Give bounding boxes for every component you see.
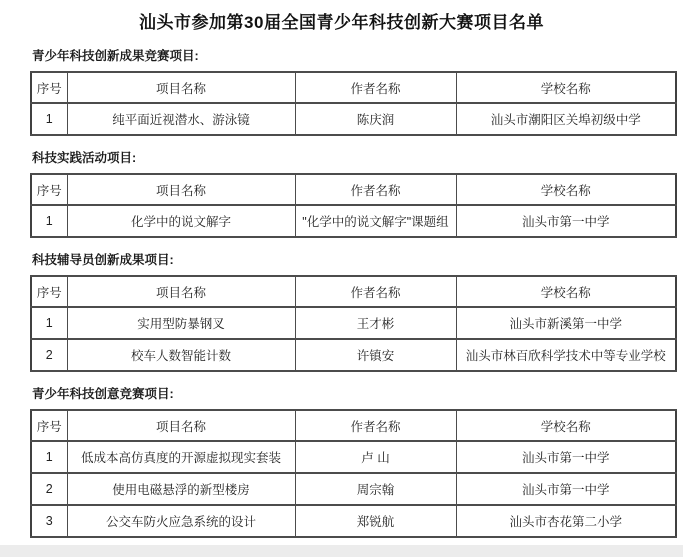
cell-no: 2 <box>31 473 67 505</box>
cell-school: 汕头市杏花第二小学 <box>456 505 676 537</box>
table-row: 3 公交车防火应急系统的设计 郑锐航 汕头市杏花第二小学 <box>31 505 676 537</box>
project-table: 序号 项目名称 作者名称 学校名称 1 纯平面近视潜水、游泳镜 陈庆润 汕头市潮… <box>30 71 677 136</box>
project-section: 青少年科技创新成果竞赛项目: 序号 项目名称 作者名称 学校名称 1 纯平面近视… <box>30 48 675 136</box>
column-header-school: 学校名称 <box>456 174 676 205</box>
cell-project: 使用电磁悬浮的新型楼房 <box>67 473 295 505</box>
cell-author: "化学中的说文解字"课题组 <box>295 205 456 237</box>
cell-project: 纯平面近视潜水、游泳镜 <box>67 103 295 135</box>
cell-author: 卢 山 <box>295 441 456 473</box>
column-header-school: 学校名称 <box>456 410 676 441</box>
table-row: 2 使用电磁悬浮的新型楼房 周宗翰 汕头市第一中学 <box>31 473 676 505</box>
column-header-project: 项目名称 <box>67 72 295 103</box>
cell-project: 化学中的说文解字 <box>67 205 295 237</box>
column-header-project: 项目名称 <box>67 410 295 441</box>
cell-author: 王才彬 <box>295 307 456 339</box>
column-header-project: 项目名称 <box>67 174 295 205</box>
cell-author: 许镇安 <box>295 339 456 371</box>
cell-project: 校车人数智能计数 <box>67 339 295 371</box>
cell-school: 汕头市新溪第一中学 <box>456 307 676 339</box>
column-header-no: 序号 <box>31 174 67 205</box>
cell-no: 1 <box>31 441 67 473</box>
cell-school: 汕头市第一中学 <box>456 205 676 237</box>
section-heading: 青少年科技创意竞赛项目: <box>32 386 675 402</box>
cell-author: 陈庆润 <box>295 103 456 135</box>
column-header-author: 作者名称 <box>295 410 456 441</box>
column-header-author: 作者名称 <box>295 174 456 205</box>
column-header-school: 学校名称 <box>456 276 676 307</box>
column-header-author: 作者名称 <box>295 276 456 307</box>
page-title: 汕头市参加第30届全国青少年科技创新大赛项目名单 <box>0 12 683 34</box>
project-table: 序号 项目名称 作者名称 学校名称 1 化学中的说文解字 "化学中的说文解字"课… <box>30 173 677 238</box>
section-heading: 青少年科技创新成果竞赛项目: <box>32 48 675 64</box>
column-header-project: 项目名称 <box>67 276 295 307</box>
table-row: 1 化学中的说文解字 "化学中的说文解字"课题组 汕头市第一中学 <box>31 205 676 237</box>
cell-no: 1 <box>31 307 67 339</box>
column-header-author: 作者名称 <box>295 72 456 103</box>
table-header-row: 序号 项目名称 作者名称 学校名称 <box>31 276 676 307</box>
table-row: 1 实用型防暴钢叉 王才彬 汕头市新溪第一中学 <box>31 307 676 339</box>
cell-project: 公交车防火应急系统的设计 <box>67 505 295 537</box>
project-section: 青少年科技创意竞赛项目: 序号 项目名称 作者名称 学校名称 1 低成本高仿真度… <box>30 386 675 538</box>
section-heading: 科技辅导员创新成果项目: <box>32 252 675 268</box>
cell-no: 2 <box>31 339 67 371</box>
cell-project: 低成本高仿真度的开源虚拟现实套装 <box>67 441 295 473</box>
section-heading: 科技实践活动项目: <box>32 150 675 166</box>
column-header-no: 序号 <box>31 276 67 307</box>
cell-school: 汕头市第一中学 <box>456 473 676 505</box>
column-header-no: 序号 <box>31 410 67 441</box>
table-row: 1 纯平面近视潜水、游泳镜 陈庆润 汕头市潮阳区关埠初级中学 <box>31 103 676 135</box>
cell-school: 汕头市林百欣科学技术中等专业学校 <box>456 339 676 371</box>
column-header-school: 学校名称 <box>456 72 676 103</box>
table-header-row: 序号 项目名称 作者名称 学校名称 <box>31 174 676 205</box>
table-header-row: 序号 项目名称 作者名称 学校名称 <box>31 410 676 441</box>
column-header-no: 序号 <box>31 72 67 103</box>
cell-no: 3 <box>31 505 67 537</box>
table-header-row: 序号 项目名称 作者名称 学校名称 <box>31 72 676 103</box>
cell-author: 郑锐航 <box>295 505 456 537</box>
cell-author: 周宗翰 <box>295 473 456 505</box>
cell-project: 实用型防暴钢叉 <box>67 307 295 339</box>
cell-school: 汕头市潮阳区关埠初级中学 <box>456 103 676 135</box>
project-section: 科技实践活动项目: 序号 项目名称 作者名称 学校名称 1 化学中的说文解字 "… <box>30 150 675 238</box>
project-table: 序号 项目名称 作者名称 学校名称 1 实用型防暴钢叉 王才彬 汕头市新溪第一中… <box>30 275 677 372</box>
project-table: 序号 项目名称 作者名称 学校名称 1 低成本高仿真度的开源虚拟现实套装 卢 山… <box>30 409 677 538</box>
table-row: 2 校车人数智能计数 许镇安 汕头市林百欣科学技术中等专业学校 <box>31 339 676 371</box>
table-row: 1 低成本高仿真度的开源虚拟现实套装 卢 山 汕头市第一中学 <box>31 441 676 473</box>
sections: 青少年科技创新成果竞赛项目: 序号 项目名称 作者名称 学校名称 1 纯平面近视… <box>30 48 675 538</box>
document-page: 汕头市参加第30届全国青少年科技创新大赛项目名单 青少年科技创新成果竞赛项目: … <box>0 0 683 545</box>
project-section: 科技辅导员创新成果项目: 序号 项目名称 作者名称 学校名称 1 实用型防暴钢叉… <box>30 252 675 372</box>
cell-no: 1 <box>31 205 67 237</box>
cell-no: 1 <box>31 103 67 135</box>
cell-school: 汕头市第一中学 <box>456 441 676 473</box>
